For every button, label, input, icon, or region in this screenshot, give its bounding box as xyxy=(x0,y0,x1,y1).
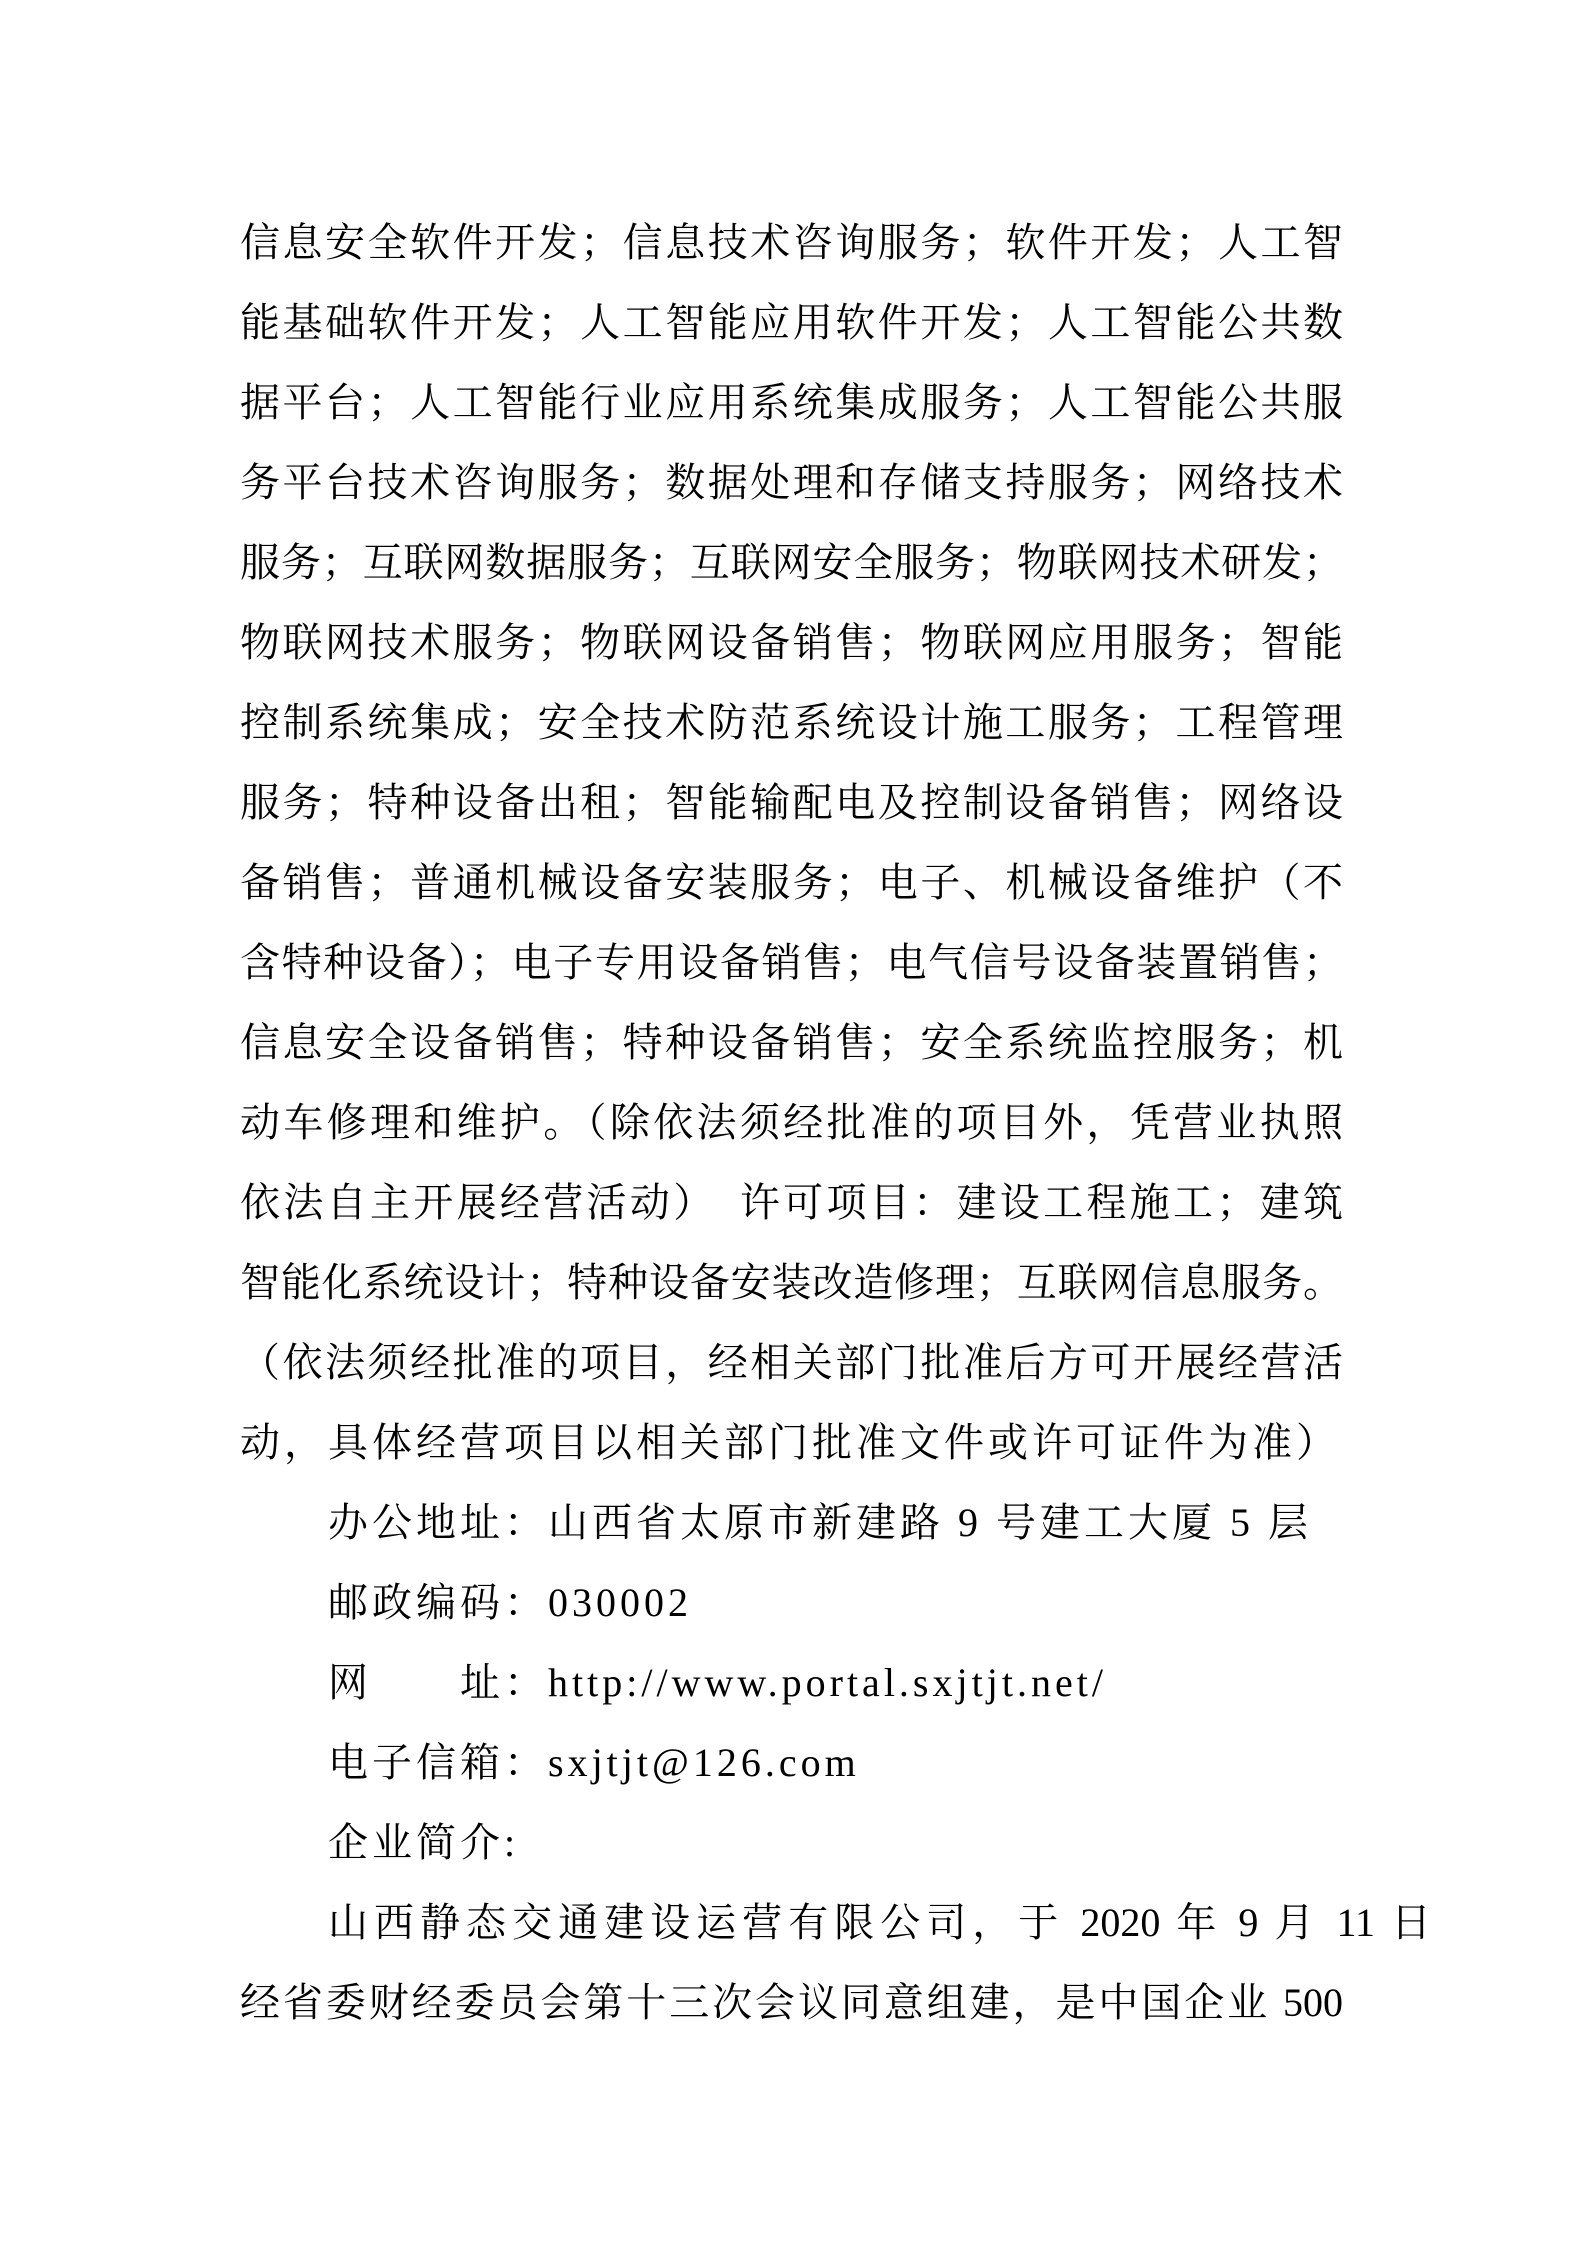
business-scope-line-13: 依法自主开展经营活动） 许可项目：建设工程施工；建筑 xyxy=(240,1163,1343,1243)
business-scope-line-12: 动车修理和维护。（除依法须经批准的项目外，凭营业执照 xyxy=(240,1083,1343,1163)
business-scope-line-9: 备销售；普通机械设备安装服务；电子、机械设备维护（不 xyxy=(240,843,1343,923)
business-scope-line-2: 能基础软件开发；人工智能应用软件开发；人工智能公共数 xyxy=(240,283,1343,363)
document-page: 信息安全软件开发；信息技术咨询服务；软件开发；人工智 能基础软件开发；人工智能应… xyxy=(0,0,1587,2245)
company-profile-label: 企业简介: xyxy=(240,1803,1431,1883)
business-scope-line-16: 动，具体经营项目以相关部门批准文件或许可证件为准） xyxy=(240,1403,1343,1483)
business-scope-line-11: 信息安全设备销售；特种设备销售；安全系统监控服务；机 xyxy=(240,1003,1343,1083)
business-scope-line-4: 务平台技术咨询服务；数据处理和存储支持服务；网络技术 xyxy=(240,443,1343,523)
business-scope-line-5: 服务；互联网数据服务；互联网安全服务；物联网技术研发； xyxy=(240,523,1343,603)
business-scope-line-1: 信息安全软件开发；信息技术咨询服务；软件开发；人工智 xyxy=(240,203,1343,283)
company-intro-line-1: 山西静态交通建设运营有限公司，于 2020 年 9 月 11 日 xyxy=(240,1883,1431,1963)
business-scope-line-7: 控制系统集成；安全技术防范系统设计施工服务；工程管理 xyxy=(240,683,1343,763)
business-scope-line-8: 服务；特种设备出租；智能输配电及控制设备销售；网络设 xyxy=(240,763,1343,843)
business-scope-line-6: 物联网技术服务；物联网设备销售；物联网应用服务；智能 xyxy=(240,603,1343,683)
business-scope-line-15: （依法须经批准的项目，经相关部门批准后方可开展经营活 xyxy=(240,1323,1343,1403)
company-intro-line-2: 经省委财经委员会第十三次会议同意组建，是中国企业 500 xyxy=(240,1963,1343,2043)
postal-code-line: 邮政编码：030002 xyxy=(240,1563,1431,1643)
website-line: 网 址：http://www.portal.sxjtjt.net/ xyxy=(240,1643,1431,1723)
business-scope-line-3: 据平台；人工智能行业应用系统集成服务；人工智能公共服 xyxy=(240,363,1343,443)
office-address-line: 办公地址：山西省太原市新建路 9 号建工大厦 5 层 xyxy=(240,1483,1431,1563)
business-scope-line-10: 含特种设备）；电子专用设备销售；电气信号设备装置销售； xyxy=(240,923,1343,1003)
email-line: 电子信箱：sxjtjt@126.com xyxy=(240,1723,1431,1803)
business-scope-line-14: 智能化系统设计；特种设备安装改造修理；互联网信息服务。 xyxy=(240,1243,1343,1323)
